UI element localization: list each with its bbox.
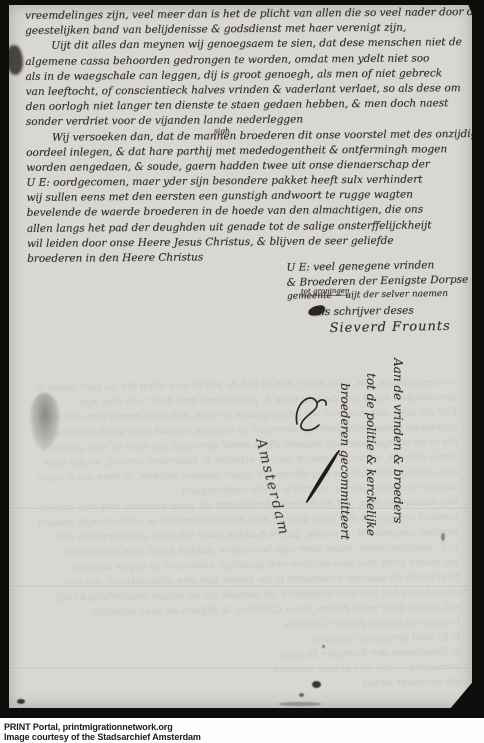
fold-crease <box>9 508 472 510</box>
paper-speck <box>441 533 445 541</box>
paper-speck <box>279 702 321 706</box>
closing-block: U E: veel genegene vrinden & Broederen d… <box>286 258 483 336</box>
caption-bar: PRINT Portal, printmigrationnetwork.org … <box>0 718 484 743</box>
paper-speck <box>17 699 25 704</box>
fold-crease <box>9 668 472 670</box>
paper-speck <box>299 693 304 697</box>
address-line: tot de politie & kerckelijke <box>364 373 378 536</box>
address-line: Aan de vrinden & broeders <box>391 358 405 523</box>
caption-source: PRINT Portal, printmigrationnetwork.org <box>4 722 173 732</box>
fold-crease <box>9 586 472 588</box>
interlinear-insertion: tot groningen <box>301 287 350 297</box>
letter-body: vreemdelinges zijn, veel meer dan is het… <box>25 6 465 268</box>
pen-flourish <box>291 388 331 434</box>
scanned-letter-page: vreemdelinges zijn, veel meer dan is het… <box>0 0 484 743</box>
signature: Sieverd Frounts <box>287 318 483 336</box>
caption-credit: Image courtesy of the Stadsarchief Amste… <box>4 732 201 742</box>
scan-black-frame: vreemdelinges zijn, veel meer dan is het… <box>0 0 484 718</box>
address-line: broederen gecommitteert <box>338 383 352 540</box>
paper-speck <box>312 681 321 688</box>
paper-speck <box>322 645 325 648</box>
interlinear-insertion: sigh <box>214 126 230 135</box>
edge-stain <box>6 45 23 75</box>
address-block: Aan de vrinden & broeders tot de politie… <box>339 353 425 543</box>
manuscript-paper: vreemdelinges zijn, veel meer dan is het… <box>9 5 472 708</box>
